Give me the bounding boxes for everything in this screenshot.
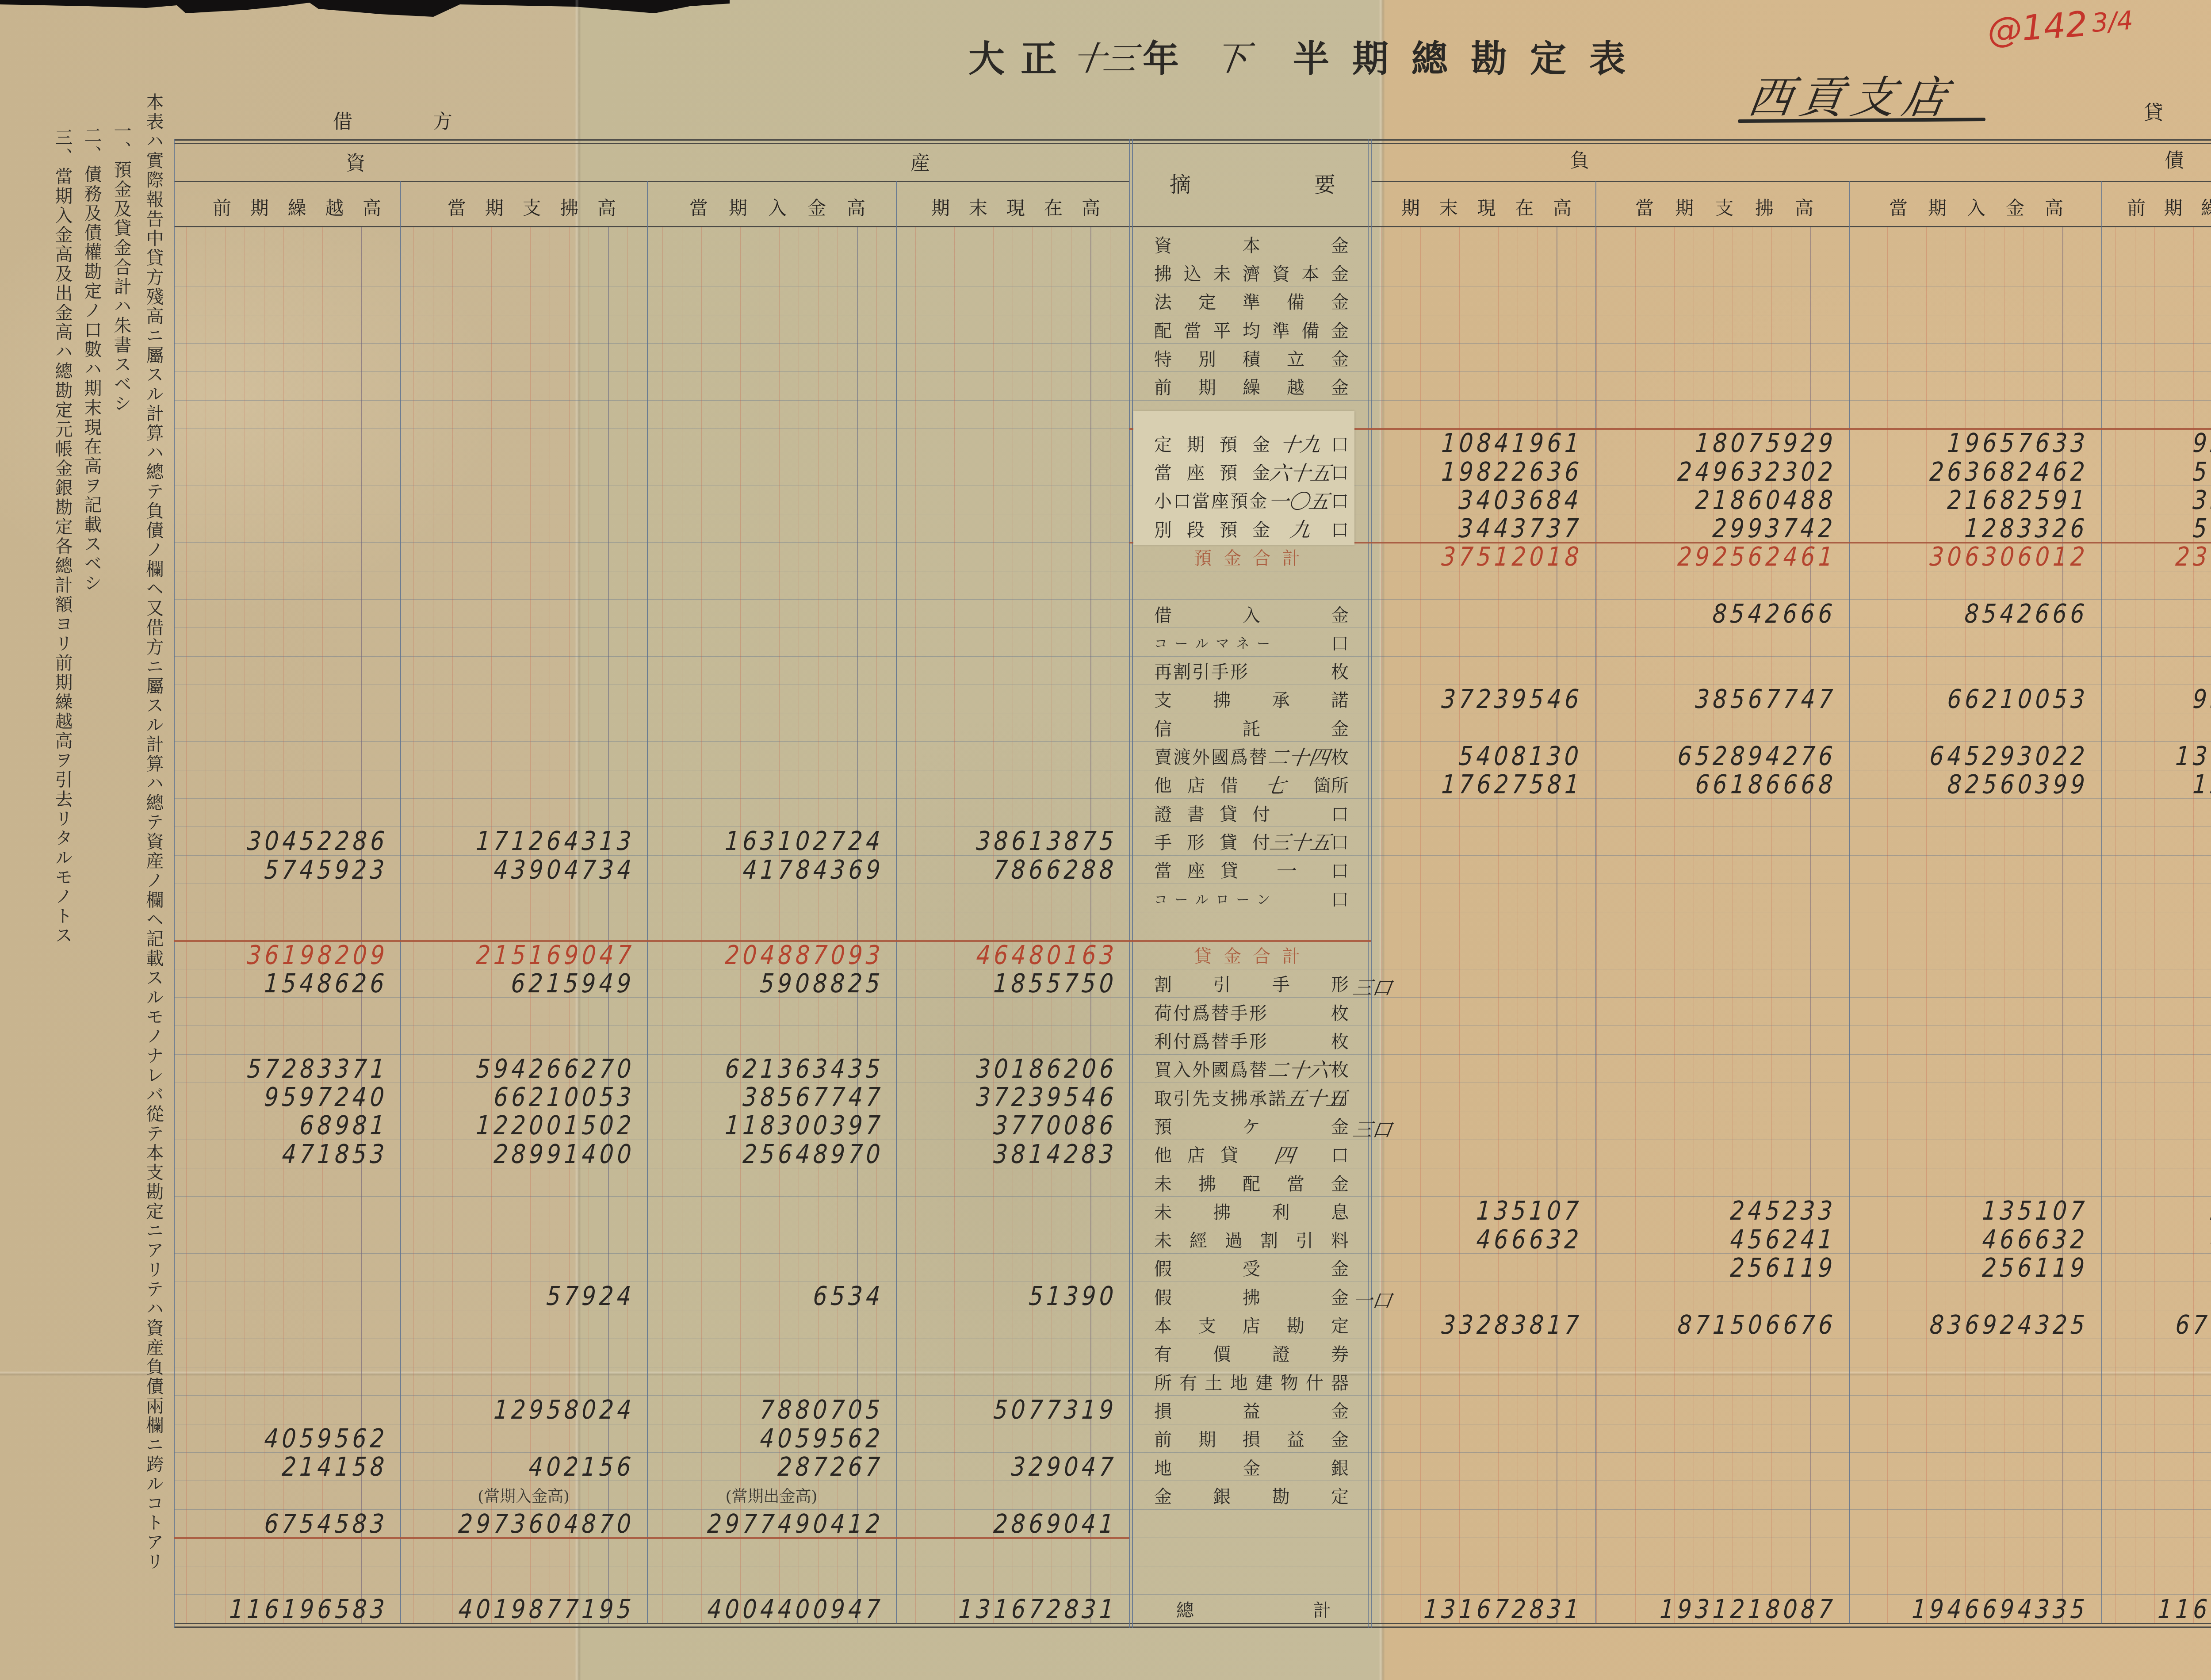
credit-receipts-cell	[1849, 1140, 2101, 1168]
credit-closing-balance-cell	[1371, 827, 1595, 855]
summary-cell: 借入金	[1129, 600, 1371, 628]
debit-payments: 594266270	[475, 1054, 635, 1084]
label-char: 他	[1154, 1141, 1172, 1167]
debit-closing-balance-cell	[896, 1026, 1129, 1054]
credit-payments-cell	[1595, 1510, 1849, 1538]
debit-payments-cell	[400, 429, 647, 457]
credit-receipts-cell	[1849, 628, 2101, 656]
label-char: 先	[1192, 1085, 1210, 1110]
debit-closing-balance: 131672831	[958, 1594, 1118, 1624]
label-char: 引	[1213, 971, 1231, 996]
debit-payments-cell: 43904734	[400, 856, 647, 884]
credit-payments-cell: 21860488	[1595, 486, 1849, 514]
credit-prior-balance: 23768467	[2174, 542, 2211, 572]
label-char: 金	[1331, 232, 1349, 257]
label-char: 信	[1154, 715, 1172, 740]
summary-label-line: 當座貸 一 口	[1154, 856, 1349, 884]
debit-prior-balance-cell: 57283371	[174, 1055, 400, 1083]
label-char: 金	[1252, 459, 1270, 484]
label-char: 形	[1230, 658, 1248, 683]
credit-receipts-cell	[1849, 287, 2101, 315]
label-char: 銀	[1331, 1454, 1349, 1480]
account-label: 前期損益金	[1154, 1426, 1349, 1451]
label-char: 爲	[1230, 1056, 1248, 1081]
summary-label-line: 所有土地建物什器	[1154, 1367, 1349, 1396]
debit-receipts-cell	[647, 1538, 896, 1566]
credit-prior-balance-cell: 5772476	[2101, 457, 2211, 486]
summary-label-line: 當座預金 六十五 口	[1154, 457, 1349, 486]
credit-closing-balance-cell: 3443737	[1371, 514, 1595, 543]
summary-cell: 預ケ金 三口	[1129, 1111, 1371, 1140]
credit-receipts: 66210053	[1946, 684, 2089, 714]
printed-column-note: (當期出金高)	[647, 1484, 896, 1507]
summary-label-line: 借入金	[1154, 600, 1349, 628]
debit-prior-balance-cell	[174, 486, 400, 514]
debit-receipts-cell: 4004400947	[647, 1595, 896, 1623]
credit-prior-balance-cell	[2101, 628, 2211, 656]
label-char: 引	[1296, 1227, 1313, 1252]
account-label: 拂込未濟資本金	[1154, 260, 1349, 285]
debit-receipts-cell: 287267	[647, 1453, 896, 1481]
summary-label-line: 他店借 七 箇所	[1154, 770, 1349, 799]
account-label: 總計	[1176, 1596, 1331, 1622]
ledger-row: 5745923 43904734 41784369 7866288 當座貸 一 …	[0, 856, 2211, 884]
debit-closing-balance: 3770086	[993, 1110, 1118, 1140]
credit-receipts-cell: 66210053	[1849, 685, 2101, 713]
credit-receipts-cell	[1849, 799, 2101, 827]
label-char: 什	[1306, 1369, 1324, 1394]
label-char: 未	[1154, 1170, 1172, 1195]
debit-receipts-cell: 41784369	[647, 856, 896, 884]
account-label: 未拂利息	[1154, 1198, 1349, 1224]
debit-closing-balance-cell	[896, 1367, 1129, 1396]
credit-closing-balance: 37239546	[1440, 684, 1583, 714]
label-char: 料	[1331, 1227, 1349, 1252]
ledger-row: 57924 6534 51390 假拂金 一口	[0, 1282, 2211, 1310]
ledger-row: 當座預金 六十五 口 19822636 249632302 263682462 …	[0, 457, 2211, 486]
account-label: 當座貸	[1154, 857, 1238, 882]
label-char: 國	[1211, 1056, 1229, 1081]
label-char: 金	[1331, 260, 1349, 285]
account-label: 證書貸付	[1154, 800, 1270, 826]
summary-label-line: 預ケ金	[1154, 1111, 1349, 1140]
label-char: コ	[1154, 888, 1167, 908]
summary-cell: 別段預金 九 口	[1129, 514, 1371, 543]
label-char: 積	[1243, 345, 1260, 371]
unit-label: 口	[1331, 630, 1349, 655]
debit-prior-balance-cell	[174, 713, 400, 742]
credit-payments-cell	[1595, 315, 1849, 344]
debit-prior-balance: 471853	[281, 1139, 389, 1169]
credit-closing-balance-cell	[1371, 1367, 1595, 1396]
credit-prior-balance-cell	[2101, 827, 2211, 855]
label-char: ル	[1195, 632, 1209, 652]
label-char: 替	[1249, 1056, 1267, 1081]
debit-receipts: 287267	[777, 1452, 884, 1482]
debit-receipts: 163102724	[724, 826, 884, 856]
debit-payments-cell	[400, 372, 647, 401]
debit-payments-cell	[400, 543, 647, 571]
label-char: 平	[1213, 317, 1231, 342]
summary-cell: 證書貸付 口	[1129, 799, 1371, 827]
credit-closing-balance: 10841961	[1440, 428, 1583, 458]
debit-closing-balance-cell: 3814283	[896, 1140, 1129, 1168]
label-char: 券	[1331, 1340, 1349, 1366]
debit-closing-balance-cell	[896, 912, 1129, 941]
credit-receipts-cell: 82560399	[1849, 770, 2101, 799]
credit-payments-cell: 18075929	[1595, 429, 1849, 457]
debit-prior-balance: 30452286	[246, 826, 389, 856]
credit-prior-balance-cell	[2101, 372, 2211, 401]
label-char: 合	[1253, 544, 1270, 570]
label-char: 店	[1187, 1141, 1205, 1167]
credit-prior-balance-cell	[2101, 1538, 2211, 1566]
ledger-row: 116196583 4019877195 4004400947 13167283…	[0, 1595, 2211, 1623]
debit-payments-cell: 171264313	[400, 827, 647, 855]
credit-closing-balance-cell	[1371, 998, 1595, 1026]
debit-closing-balance-cell: 30186206	[896, 1055, 1129, 1083]
label-char: 貸	[1220, 857, 1238, 882]
credit-payments-cell	[1595, 1055, 1849, 1083]
summary-label-line: 拂込未濟資本金	[1154, 258, 1349, 287]
summary-cell: 損益金	[1129, 1396, 1371, 1424]
credit-payments: 292562461	[1677, 542, 1837, 572]
credit-receipts-cell: 466632	[1849, 1225, 2101, 1254]
credit-payments-cell: 2993742	[1595, 514, 1849, 543]
credit-prior-balance-cell	[2101, 1339, 2211, 1367]
unit-label: 口	[1331, 516, 1349, 541]
summary-label-line: 未拂配當金	[1154, 1168, 1349, 1197]
summary-label-line: コールローン 口	[1154, 884, 1349, 912]
label-char: ネ	[1236, 632, 1250, 652]
label-char: 器	[1331, 1369, 1349, 1394]
credit-payments-cell	[1595, 1367, 1849, 1396]
credit-payments: 245233	[1729, 1196, 1837, 1226]
debit-receipts-cell: 25648970	[647, 1140, 896, 1168]
debit-prior-balance-cell	[174, 1225, 400, 1254]
label-char: 割	[1154, 971, 1172, 996]
credit-closing-balance-cell: 17627581	[1371, 770, 1595, 799]
label-char: 地	[1230, 1369, 1247, 1394]
ledger-row: 證書貸付 口	[0, 799, 2211, 827]
ledger-row: 未經過割引料 466632 456241 466632 456241	[0, 1225, 2211, 1254]
credit-prior-balance-cell: 1253850	[2101, 770, 2211, 799]
debit-payments-cell	[400, 571, 647, 600]
summary-label-line: 支拂承諾	[1154, 685, 1349, 713]
label-char: 計	[1282, 544, 1300, 570]
unit-label: 口	[1331, 459, 1349, 484]
summary-label-line: 利付爲替手形 枚	[1154, 1026, 1349, 1054]
credit-closing-balance: 37512018	[1440, 542, 1583, 572]
account-label: 所有土地建物什器	[1154, 1369, 1349, 1394]
account-label: 金銀勘定	[1154, 1483, 1349, 1508]
credit-payments-cell	[1595, 1566, 1849, 1595]
summary-label-line: 配當平均準備金	[1154, 315, 1349, 344]
credit-closing-balance-cell	[1371, 401, 1595, 429]
debit-payments: 12958024	[493, 1395, 635, 1425]
debit-payments-cell	[400, 457, 647, 486]
debit-receipts-cell	[647, 912, 896, 941]
debit-payments: 66210053	[493, 1082, 635, 1112]
label-char: 備	[1301, 317, 1319, 342]
debit-closing-balance-cell	[896, 770, 1129, 799]
debit-prior-balance-cell	[174, 543, 400, 571]
account-label: 資本金	[1154, 232, 1349, 257]
credit-receipts-cell: 1946694335	[1849, 1595, 2101, 1623]
credit-receipts: 1283326	[1964, 513, 2089, 543]
debit-closing-balance-cell: 1855750	[896, 969, 1129, 998]
summary-label-line: 未經過割引料	[1154, 1225, 1349, 1254]
label-char: 金	[1224, 942, 1241, 968]
label-char: 借	[1220, 772, 1238, 797]
label-char: 立	[1287, 345, 1304, 371]
debit-payments-cell	[400, 713, 647, 742]
credit-receipts-cell	[1849, 1538, 2101, 1566]
label-char: 本	[1243, 232, 1260, 257]
credit-receipts-cell	[1849, 315, 2101, 344]
credit-receipts: 256119	[1981, 1253, 2089, 1283]
label-char: 未	[1154, 1198, 1172, 1224]
debit-payments: 4019877195	[458, 1594, 635, 1624]
debit-closing-balance-cell	[896, 1225, 1129, 1254]
credit-closing-balance: 17627581	[1440, 769, 1583, 800]
debit-receipts-cell: 38567747	[647, 1083, 896, 1111]
credit-receipts-cell: 836924325	[1849, 1310, 2101, 1339]
debit-closing-balance-cell	[896, 1566, 1129, 1595]
label-char: 手	[1230, 1028, 1248, 1053]
debit-receipts-cell: 5908825	[647, 969, 896, 998]
credit-payments: 652894276	[1677, 741, 1837, 771]
credit-payments: 66186668	[1694, 769, 1837, 800]
debit-receipts-cell	[647, 401, 896, 429]
debit-closing-balance-cell	[896, 1424, 1129, 1453]
summary-label-line: 信託金	[1154, 713, 1349, 742]
label-char: 預	[1220, 431, 1237, 456]
credit-receipts-cell	[1849, 1282, 2101, 1310]
debit-receipts-cell: 6534	[647, 1282, 896, 1310]
debit-payments: 215169047	[475, 940, 635, 970]
handwritten-count: 三十五	[1268, 827, 1333, 856]
label-char: 銀	[1213, 1483, 1231, 1508]
credit-prior-balance-cell	[2101, 600, 2211, 628]
debit-receipts: 6534	[812, 1281, 884, 1311]
debit-prior-balance-cell: 68981	[174, 1111, 400, 1140]
ledger-row: 他店借 七 箇所 17627581 66186668 82560399 1253…	[0, 770, 2211, 799]
label-char: 國	[1211, 743, 1229, 769]
credit-payments: 249632302	[1677, 456, 1837, 486]
credit-receipts-cell	[1849, 713, 2101, 742]
credit-receipts: 645293022	[1929, 741, 2089, 771]
label-char: 金	[1331, 1113, 1349, 1138]
credit-prior-balance-cell	[2101, 1254, 2211, 1282]
credit-prior-balance-cell	[2101, 401, 2211, 429]
summary-label-line: 總計	[1154, 1595, 1349, 1623]
label-char: コ	[1154, 632, 1167, 652]
label-char: 付	[1173, 1028, 1191, 1053]
label-char: 支	[1154, 686, 1172, 712]
credit-receipts-cell	[1849, 1424, 2101, 1453]
credit-payments-cell	[1595, 1083, 1849, 1111]
credit-receipts-cell	[1849, 1055, 2101, 1083]
label-char: 金	[1252, 516, 1270, 541]
credit-closing-balance-cell	[1371, 258, 1595, 287]
summary-label-line: 特別積立金	[1154, 344, 1349, 372]
credit-payments-cell	[1595, 571, 1849, 600]
credit-payments-cell	[1595, 344, 1849, 372]
credit-receipts-cell	[1849, 969, 2101, 998]
handwritten-count: 十九	[1268, 429, 1333, 458]
debit-receipts-cell	[647, 1168, 896, 1197]
summary-cell: 預金合計	[1129, 543, 1371, 571]
summary-cell: 總計	[1129, 1595, 1371, 1623]
summary-cell: 信託金	[1129, 713, 1371, 742]
credit-receipts: 306306012	[1929, 542, 2089, 572]
credit-payments-cell: 256119	[1595, 1254, 1849, 1282]
label-char: ロ	[1216, 888, 1229, 908]
debit-prior-balance-cell	[174, 1481, 400, 1509]
label-char: 期	[1198, 1426, 1216, 1451]
credit-payments-cell: 871506676	[1595, 1310, 1849, 1339]
debit-payments-cell: 594266270	[400, 1055, 647, 1083]
summary-label-line	[1154, 1538, 1349, 1566]
label-char: 所	[1154, 1369, 1172, 1394]
ledger-row: 特別積立金	[0, 344, 2211, 372]
debit-receipts-cell: 2977490412	[647, 1510, 896, 1538]
debit-prior-balance-cell: 4059562	[174, 1424, 400, 1453]
label-char: 座	[1187, 857, 1205, 882]
account-label: 預金合計	[1194, 544, 1300, 570]
debit-receipts-cell	[647, 457, 896, 486]
credit-prior-balance-cell	[2101, 1055, 2211, 1083]
summary-label-line: 賣渡外國爲替 二十四 枚	[1154, 742, 1349, 770]
account-label: 割引手形	[1154, 971, 1349, 996]
credit-closing-balance-cell	[1371, 1083, 1595, 1111]
label-char: 付	[1252, 829, 1270, 854]
debit-payments-cell	[400, 600, 647, 628]
summary-cell: 地金銀	[1129, 1453, 1371, 1481]
label-char: 拂	[1198, 1170, 1216, 1195]
ledger-row: コールマネー 口	[0, 628, 2211, 656]
ledger-row: 1548626 6215949 5908825 1855750 割引手形 三口	[0, 969, 2211, 998]
account-label: 法定準備金	[1154, 288, 1349, 314]
ledger-row	[0, 912, 2211, 941]
debit-receipts-cell: (當期出金高)	[647, 1481, 896, 1509]
summary-cell: 未拂利息	[1129, 1197, 1371, 1225]
debit-payments-cell	[400, 657, 647, 685]
debit-closing-balance-cell	[896, 401, 1129, 429]
credit-payments-cell	[1595, 628, 1849, 656]
debit-payments: 122001502	[475, 1110, 635, 1140]
debit-closing-balance-cell	[896, 543, 1129, 571]
ledger-row: 小口當座預金 一〇五 口 3403684 21860488 21682591 3…	[0, 486, 2211, 514]
debit-prior-balance-cell	[174, 230, 400, 258]
unit-label: 箇所	[1313, 772, 1349, 797]
credit-prior-balance-cell	[2101, 799, 2211, 827]
label-char: 口	[1173, 487, 1191, 513]
summary-label-line	[1154, 1566, 1349, 1595]
debit-closing-balance: 2869041	[993, 1508, 1118, 1538]
credit-closing-balance-cell	[1371, 571, 1595, 600]
account-label: 特別積立金	[1154, 345, 1349, 371]
label-char: 當	[1192, 487, 1210, 513]
summary-label-line: 荷付爲替手形 枚	[1154, 998, 1349, 1026]
debit-receipts: 7880705	[759, 1395, 884, 1425]
label-char: 拂	[1243, 1284, 1260, 1309]
credit-receipts: 263682462	[1929, 456, 2089, 486]
label-char: 未	[1154, 1227, 1172, 1252]
debit-payments-cell	[400, 401, 647, 429]
credit-closing-balance-cell	[1371, 315, 1595, 344]
debit-receipts: 25648970	[742, 1139, 884, 1169]
credit-closing-balance-cell	[1371, 1055, 1595, 1083]
label-char: 預	[1220, 459, 1237, 484]
handwritten-count: 五十五	[1284, 1083, 1333, 1112]
summary-cell: 利付爲替手形 枚	[1129, 1026, 1371, 1054]
debit-payments-cell	[400, 998, 647, 1026]
account-label: 假受金	[1154, 1255, 1349, 1280]
debit-receipts: 38567747	[742, 1082, 884, 1112]
credit-prior-balance-cell	[2101, 1424, 2211, 1453]
account-label: 前期繰越金	[1154, 374, 1349, 399]
debit-prior-balance: 68981	[299, 1110, 389, 1140]
label-char: 當	[1287, 1170, 1304, 1195]
debit-receipts-cell	[647, 571, 896, 600]
debit-receipts: 5908825	[759, 968, 884, 999]
label-char: 益	[1287, 1426, 1304, 1451]
ledger-row: 支拂承諾 37239546 38567747 66210053 9597240	[0, 685, 2211, 713]
label-char: 法	[1154, 288, 1172, 314]
debit-receipts-cell: 4059562	[647, 1424, 896, 1453]
debit-receipts-cell	[647, 600, 896, 628]
debit-receipts: 118300397	[724, 1110, 884, 1140]
ledger-row: 配當平均準備金	[0, 315, 2211, 344]
debit-closing-balance: 37239546	[975, 1082, 1118, 1112]
ledger-row: 假受金 256119 256119	[0, 1254, 2211, 1282]
credit-closing-balance-cell: 19822636	[1371, 457, 1595, 486]
credit-closing-balance-cell	[1371, 1282, 1595, 1310]
debit-payments-cell: 402156	[400, 1453, 647, 1481]
summary-label-line: 前期繰越金	[1154, 372, 1349, 401]
credit-closing-balance-cell	[1371, 799, 1595, 827]
debit-closing-balance-cell	[896, 1168, 1129, 1197]
label-char: 別	[1154, 516, 1172, 541]
label-char: 金	[1154, 1483, 1172, 1508]
label-char: 損	[1243, 1426, 1260, 1451]
ledger-row: 4059562 4059562 前期損益金	[0, 1424, 2211, 1453]
debit-prior-balance-cell	[174, 685, 400, 713]
debit-prior-balance-cell: 5745923	[174, 856, 400, 884]
credit-prior-balance-cell	[2101, 941, 2211, 969]
debit-receipts-cell	[647, 258, 896, 287]
debit-payments: 2973604870	[458, 1508, 635, 1538]
debit-prior-balance-cell	[174, 287, 400, 315]
credit-prior-balance-cell	[2101, 1140, 2211, 1168]
credit-prior-balance-cell	[2101, 657, 2211, 685]
credit-closing-balance-cell	[1371, 287, 1595, 315]
debit-receipts-cell	[647, 1310, 896, 1339]
debit-prior-balance-cell	[174, 344, 400, 372]
summary-cell	[1129, 912, 1371, 941]
label-char: 拂	[1213, 686, 1231, 712]
label-char: 息	[1331, 1198, 1349, 1224]
label-char: 承	[1272, 686, 1290, 712]
debit-closing-balance-cell	[896, 344, 1129, 372]
handwritten-count: 一	[1236, 855, 1333, 884]
label-char: 繰	[1243, 374, 1260, 399]
credit-prior-balance-cell	[2101, 1083, 2211, 1111]
summary-cell	[1129, 571, 1371, 600]
ledger-row: 資本金	[0, 230, 2211, 258]
